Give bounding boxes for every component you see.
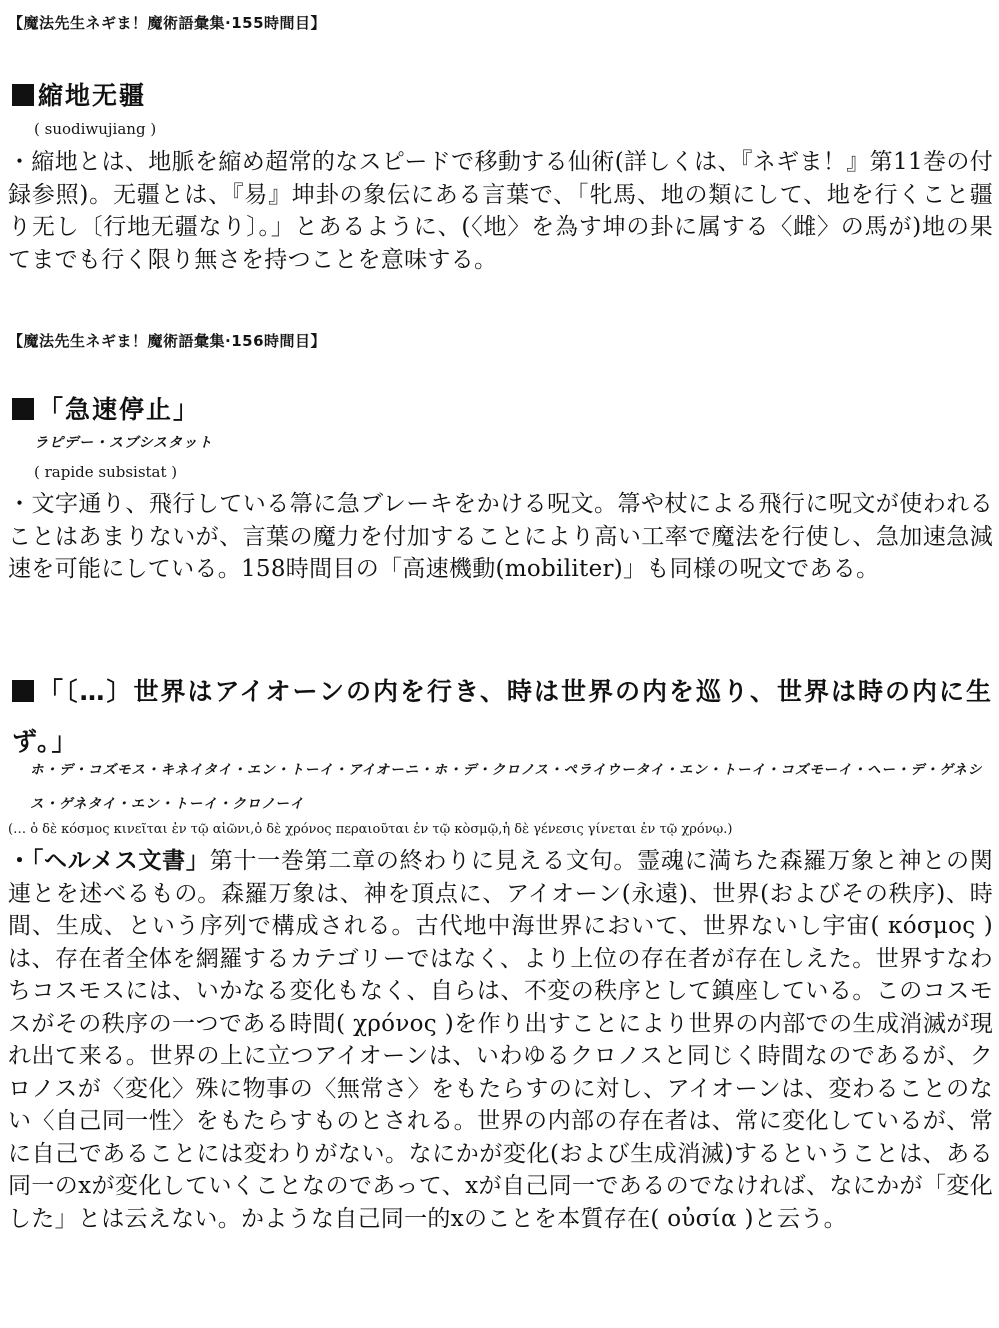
greek-original: (… ὁ δὲ κόσμος κινεῖται ἐν τῷ αἰῶνι,ὁ δὲ…: [8, 822, 732, 837]
entry-title-text: 縮地无疆: [38, 81, 146, 110]
entry-title-text: 「〔…〕世界はアイオーンの内を行き、時は世界の内を巡り、世界は時の内に生ず。」: [12, 677, 993, 756]
entry-body: ・「ヘルメス文書」第十一巻第二章の終わりに見える文句。霊魂に満ちた森羅万象と神と…: [8, 845, 993, 1235]
entry-title: 「〔…〕世界はアイオーンの内を行き、時は世界の内を巡り、世界は時の内に生ず。」: [12, 667, 997, 767]
entry-body: ・縮地とは、地脈を縮め超常的なスピードで移動する仙術(詳しくは、『ネギま！』第1…: [8, 146, 993, 276]
source-header: 【魔法先生ネギま！魔術語彙集·156時間目】: [8, 330, 326, 351]
entry-body-text: 第十一巻第二章の終わりに見える文句。霊魂に満ちた森羅万象と神との関連とを述べるも…: [8, 848, 993, 1232]
entry-body: ・文字通り、飛行している箒に急ブレーキをかける呪文。箒や杖による飛行に呪文が使わ…: [8, 488, 993, 586]
document-page: 【魔法先生ネギま！魔術語彙集·155時間目】 縮地无疆 ( suodiwujia…: [0, 0, 999, 1328]
source-header: 【魔法先生ネギま！魔術語彙集·155時間目】: [8, 12, 326, 33]
black-square-bullet-icon: [12, 680, 34, 702]
romanization: ( rapide subsistat ): [34, 463, 177, 481]
romanization: ( suodiwujiang ): [34, 120, 156, 138]
katakana-reading: ホ・デ・コズモス・キネイタイ・エン・トーイ・アイオーニ・ホ・デ・クロノス・ペライ…: [30, 753, 990, 821]
black-square-bullet-icon: [12, 398, 34, 420]
katakana-reading: ラピデー・スブシスタット: [34, 432, 213, 452]
entry-body-lead: ・「ヘルメス文書」: [8, 848, 210, 874]
black-square-bullet-icon: [12, 84, 34, 106]
entry-title-text: 「急速停止」: [38, 395, 200, 424]
entry-title: 「急速停止」: [12, 390, 200, 426]
entry-title: 縮地无疆: [12, 76, 146, 112]
